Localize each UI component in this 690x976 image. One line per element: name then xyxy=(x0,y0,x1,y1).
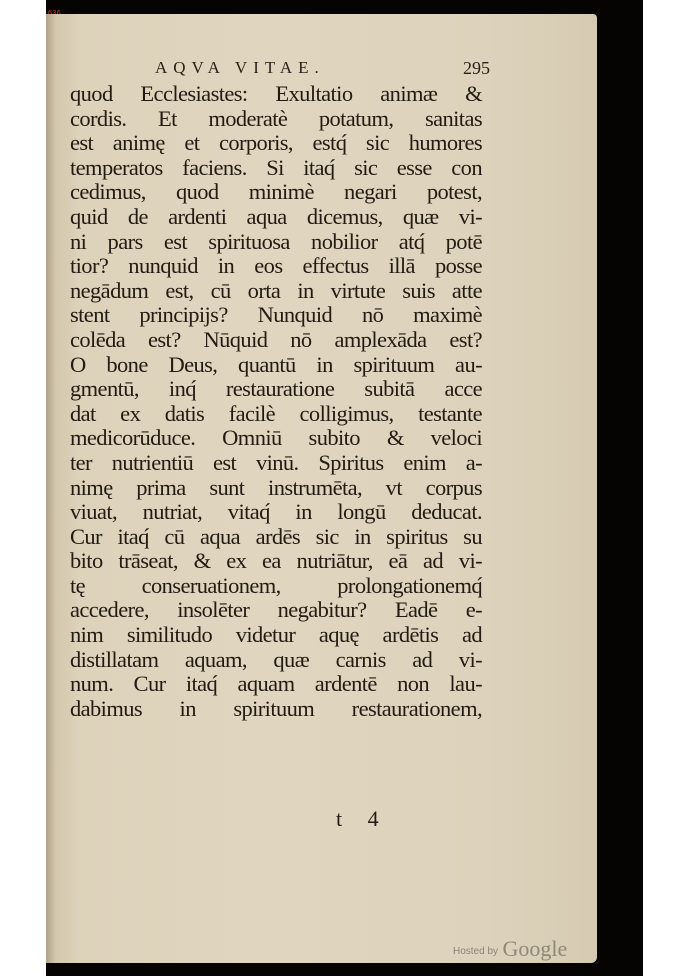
hosted-by-label: Hosted by xyxy=(453,946,498,957)
text-line: ter nutrientiū est vinū. Spiritus enim a… xyxy=(70,451,482,476)
hosted-by-watermark: Hosted by Google xyxy=(453,936,567,962)
text-line: cordis. Et moderatè potatum, sanitas xyxy=(70,107,482,132)
text-line: Cur itaq́ cū aqua ardēs sic in spiritus … xyxy=(70,525,482,550)
running-head: AQVA VITAE. 295 xyxy=(155,58,490,82)
text-line: medicorūduce. Omniū subito & veloci xyxy=(70,426,482,451)
text-line: num. Cur itaq́ aquam ardentē non lau- xyxy=(70,672,482,697)
text-line: viuat, nutriat, vitaq́ in longū deducat. xyxy=(70,500,482,525)
text-line: nimę prima sunt instrumēta, vt corpus xyxy=(70,476,482,501)
text-line: temperatos faciens. Si itaq́ sic esse co… xyxy=(70,156,482,181)
running-title: AQVA VITAE. xyxy=(155,58,325,78)
text-line: accedere, insolēter negabitur? Eadē e- xyxy=(70,598,482,623)
text-line: quid de ardenti aqua dicemus, quæ vi- xyxy=(70,205,482,230)
text-line: nim similitudo videtur aquę ardētis ad xyxy=(70,623,482,648)
text-line: gmentū, inq́ restauratione subitā acce xyxy=(70,377,482,402)
page-number: 295 xyxy=(463,58,490,79)
text-line: stent principijs? Nunquid nō maximè xyxy=(70,303,482,328)
text-line: cedimus, quod minimè negari potest, xyxy=(70,180,482,205)
text-line: quod Ecclesiastes: Exultatio animæ & xyxy=(70,82,482,107)
google-logo: Google xyxy=(502,936,567,961)
signature-mark: t 4 xyxy=(336,806,389,832)
text-line: colēda est? Nūquid nō amplexāda est? xyxy=(70,328,482,353)
text-line: bito trāseat, & ex ea nutriātur, eā ad v… xyxy=(70,549,482,574)
body-text: quod Ecclesiastes: Exultatio animæ & cor… xyxy=(70,82,482,721)
text-line: dabimus in spirituum restaurationem, xyxy=(70,697,482,722)
text-line: negādum est, cū orta in virtute suis att… xyxy=(70,279,482,304)
text-line: dat ex datis facilè colligimus, testante xyxy=(70,402,482,427)
text-line: O bone Deus, quantū in spirituum au- xyxy=(70,353,482,378)
text-line: tior? nunquid in eos effectus illā posse xyxy=(70,254,482,279)
text-line: est animę et corporis, estq́ sic humores xyxy=(70,131,482,156)
text-line: ni pars est spirituosa nobilior atq́ pot… xyxy=(70,230,482,255)
page-gutter-shadow xyxy=(46,14,56,963)
text-line: distillatam aquam, quæ carnis ad vi- xyxy=(70,648,482,673)
text-line: tę conseruationem, prolongationemq́ xyxy=(70,574,482,599)
